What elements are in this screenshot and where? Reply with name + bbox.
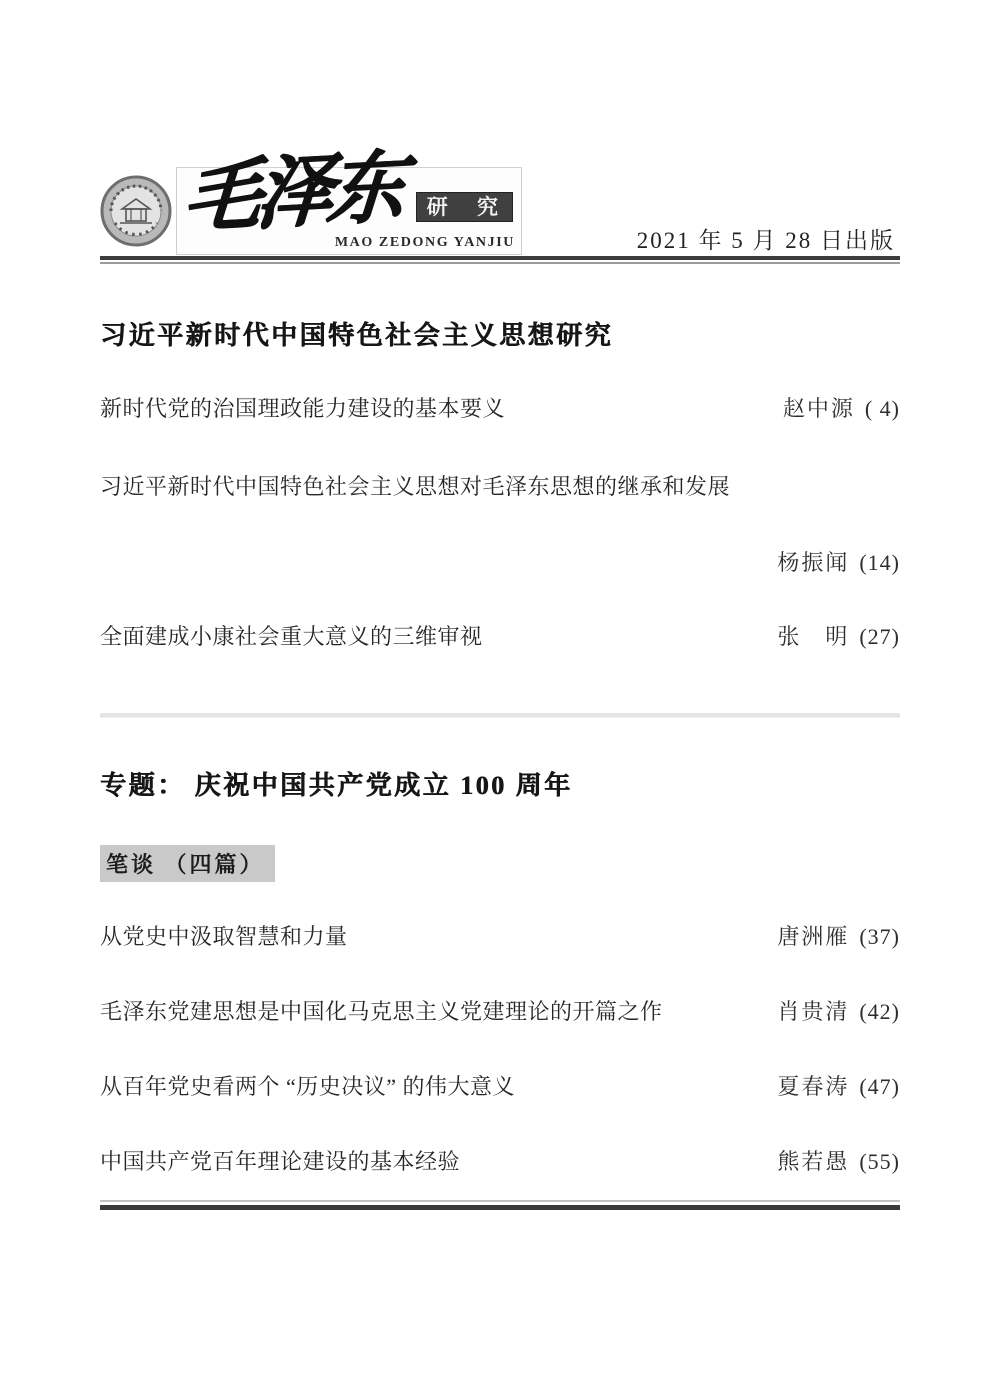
journal-seal-icon xyxy=(100,175,172,247)
entry-author: 赵中源 xyxy=(783,396,855,421)
entry-page: (42) xyxy=(859,999,900,1024)
entry-byline: 赵中源( 4) xyxy=(783,392,900,423)
entry-page: (47) xyxy=(859,1074,900,1099)
entry-title: 新时代党的治国理政能力建设的基本要义 xyxy=(100,392,505,423)
toc-entry: 毛泽东党建思想是中国化马克思主义党建理论的开篇之作 肖贵清(42) xyxy=(100,995,900,1026)
entry-byline: 唐洲雁(37) xyxy=(777,920,900,951)
toc-entry: 从百年党史看两个 “历史决议” 的伟大意义 夏春涛(47) xyxy=(100,1070,900,1101)
entry-author: 杨振闻 xyxy=(777,550,849,575)
entry-page: (37) xyxy=(859,924,900,949)
toc-entry: 从党史中汲取智慧和力量 唐洲雁(37) xyxy=(100,920,900,951)
entry-byline: 熊若愚(55) xyxy=(777,1145,900,1176)
journal-title-calligraphy: 毛泽东 xyxy=(180,148,401,238)
masthead: 毛泽东 研 究 MAO ZEDONG YANJIU xyxy=(176,167,522,255)
entry-author: 熊若愚 xyxy=(777,1149,849,1174)
seal-svg xyxy=(100,175,172,247)
entry-title: 全面建成小康社会重大意义的三维审视 xyxy=(100,620,483,651)
entry-author: 夏春涛 xyxy=(777,1074,849,1099)
journal-title-latin: MAO ZEDONG YANJIU xyxy=(335,235,515,251)
entry-page: (55) xyxy=(859,1149,900,1174)
toc-entry: 全面建成小康社会重大意义的三维审视 张 明(27) xyxy=(100,620,900,651)
section-divider xyxy=(100,713,900,718)
entry-page: ( 4) xyxy=(865,396,900,421)
footer-rule-thick xyxy=(100,1205,900,1210)
toc-entry: 新时代党的治国理政能力建设的基本要义 赵中源( 4) xyxy=(100,392,900,423)
entry-byline: 肖贵清(42) xyxy=(777,995,900,1026)
toc-entry-continuation: 杨振闻(14) xyxy=(100,546,900,577)
header-rule-thin xyxy=(100,262,900,264)
entry-byline: 夏春涛(47) xyxy=(777,1070,900,1101)
entry-title: 从百年党史看两个 “历史决议” 的伟大意义 xyxy=(100,1070,515,1101)
entry-title: 从党史中汲取智慧和力量 xyxy=(100,920,348,951)
header-rule-thick xyxy=(100,256,900,260)
entry-title: 中国共产党百年理论建设的基本经验 xyxy=(100,1145,460,1176)
entry-byline: 杨振闻(14) xyxy=(777,546,900,577)
journal-contents-page: 毛泽东 研 究 MAO ZEDONG YANJIU 2021 年 5 月 28 … xyxy=(0,0,1000,1400)
toc-entry: 习近平新时代中国特色社会主义思想对毛泽东思想的继承和发展 xyxy=(100,470,900,501)
section-1-heading: 习近平新时代中国特色社会主义思想研究 xyxy=(100,315,900,352)
entry-page: (14) xyxy=(859,550,900,575)
footer-rule-thin xyxy=(100,1200,900,1202)
entry-author: 张 明 xyxy=(777,624,849,649)
entry-page: (27) xyxy=(859,624,900,649)
entry-author: 肖贵清 xyxy=(777,999,849,1024)
subsection-badge: 笔谈 （四篇） xyxy=(100,845,275,882)
header-rule xyxy=(100,256,900,264)
entry-title: 毛泽东党建思想是中国化马克思主义党建理论的开篇之作 xyxy=(100,995,663,1026)
entry-author: 唐洲雁 xyxy=(777,924,849,949)
journal-title-box: 研 究 xyxy=(416,192,513,222)
footer-rule xyxy=(100,1200,900,1210)
entry-byline: 张 明(27) xyxy=(777,620,900,651)
toc-entry: 中国共产党百年理论建设的基本经验 熊若愚(55) xyxy=(100,1145,900,1176)
section-2-heading: 专题： 庆祝中国共产党成立 100 周年 xyxy=(100,765,900,802)
publish-date: 2021 年 5 月 28 日出版 xyxy=(637,222,895,255)
entry-title: 习近平新时代中国特色社会主义思想对毛泽东思想的继承和发展 xyxy=(100,470,730,501)
